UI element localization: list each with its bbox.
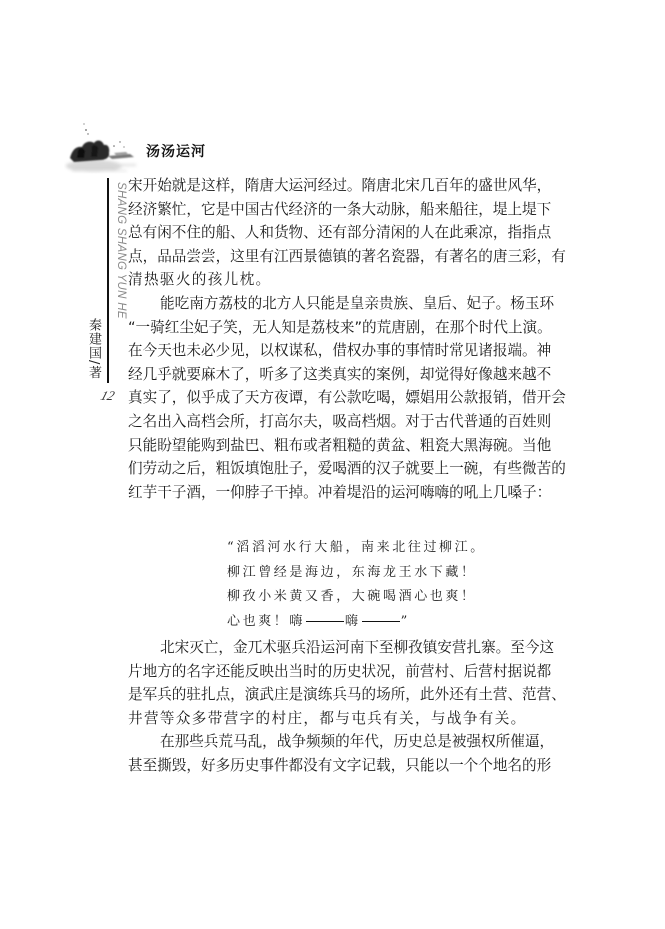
song-quote: “滔滔河水行大船，南来北往过柳江。 柳江曾经是海边，东海龙王水下藏！ 柳孜小米黄… [227, 536, 486, 634]
text-line: 宋开始就是这样，隋唐大运河经过。隋唐北宋几百年的盛世风华， [128, 174, 548, 198]
text-line: “一骑红尘妃子笑，无人知是荔枝来”的荒唐剧，在那个时代上演。 [128, 316, 548, 340]
text-line: 真实了，似乎成了天方夜谭，有公款吃喝，嫖娼用公款报销，借开会 [128, 386, 548, 410]
text-line: 点，品品尝尝，这里有江西景德镇的著名瓷器，有著名的唐三彩，有 [128, 245, 548, 269]
em-dash [362, 621, 400, 622]
book-page: 汤汤运河 SHANG SHANG YUN HE 秦建国/著 12 宋开始就是这样… [0, 0, 665, 929]
text-line: 总有闲不住的船、人和货物、还有部分清闲的人在此乘凉，指指点 [128, 221, 548, 245]
poem-line: 柳江曾经是海边，东海龙王水下藏！ [227, 561, 486, 586]
text-line: 红芋干子酒，一仰脖子干掉。冲着堤沿的运河嗨嗨的吼上几嗓子： [128, 481, 548, 505]
margin-rule [107, 178, 109, 383]
text-line: 经几乎就要麻木了，听多了这类真实的案例，却觉得好像越来越不 [128, 363, 548, 387]
text-line: 之名出入高档会所，打高尔夫，吸高档烟。对于古代普通的百姓则 [128, 410, 548, 434]
poem-line: “滔滔河水行大船，南来北往过柳江。 [227, 536, 486, 561]
series-title: SHANG SHANG YUN HE [111, 182, 127, 322]
text-line: 只能盼望能购到盐巴、粗布或者粗糙的黄盆、粗瓷大黑海碗。当他 [128, 434, 548, 458]
poem-line: 柳孜小米黄又香，大碗喝酒心也爽！ [227, 585, 486, 610]
author-credit: 秦建国/著 [85, 318, 103, 379]
poem-line-prefix: 心也爽！嗨 [227, 614, 305, 629]
body-text-upper: 宋开始就是这样，隋唐大运河经过。隋唐北宋几百年的盛世风华， 经济繁忙，它是中国古… [128, 174, 548, 504]
text-line: 甚至撕毁，好多历史事件都没有文字记载，只能以一个个地名的形 [128, 754, 548, 778]
text-line: 井营等众多带营字的村庄，都与屯兵有关，与战争有关。 [128, 707, 548, 731]
page-number: 12 [98, 388, 116, 404]
ink-landscape-icon [64, 120, 142, 178]
text-line: 经济繁忙，它是中国古代经济的一条大动脉，船来船往，堤上堤下 [128, 198, 548, 222]
text-line: 们劳动之后，粗饭填饱肚子，爱喝酒的汉子就要上一碗，有些微苦的 [128, 457, 548, 481]
text-line: 能吃南方荔枝的北方人只能是皇亲贵族、皇后、妃子。杨玉环 [128, 292, 548, 316]
text-line: 是军兵的驻扎点，演武庄是演练兵马的场所，此外还有土营、范营、 [128, 683, 548, 707]
section-title: 汤汤运河 [146, 141, 206, 161]
text-line: 在今天也未必少见，以权谋私，借权办事的事情时常见诸报端。神 [128, 339, 548, 363]
text-line: 在那些兵荒马乱，战争频频的年代，历史总是被强权所催逼， [128, 730, 548, 754]
text-line: 清热驱火的孩儿枕。 [128, 268, 548, 292]
poem-line-suffix: ” [401, 614, 410, 629]
em-dash [306, 621, 344, 622]
text-line: 片地方的名字还能反映出当时的历史状况，前营村、后营村据说都 [128, 660, 548, 684]
poem-line-last: 心也爽！嗨嗨” [227, 610, 486, 635]
text-line: 北宋灭亡，金兀术驱兵沿运河南下至柳孜镇安营扎寨。至今这 [128, 636, 548, 660]
poem-line-middle: 嗨 [345, 614, 361, 629]
body-text-lower: 北宋灭亡，金兀术驱兵沿运河南下至柳孜镇安营扎寨。至今这 片地方的名字还能反映出当… [128, 636, 548, 778]
